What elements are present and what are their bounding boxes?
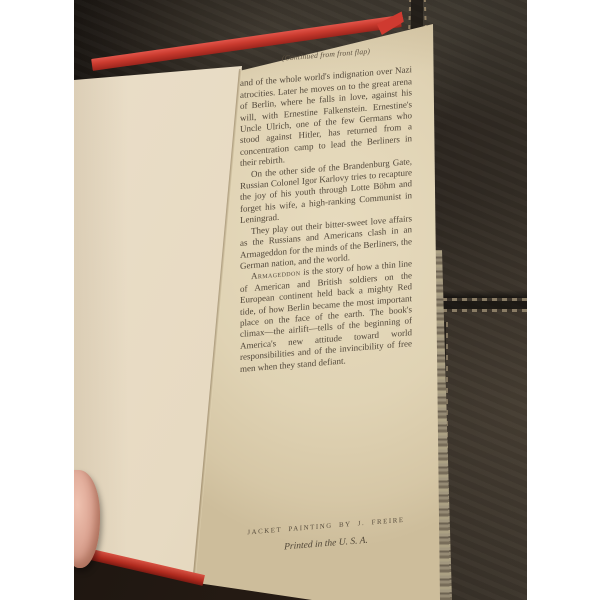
seam-groove	[442, 301, 527, 309]
flap-footer: JACKET PAINTING BY J. FREIRE Printed in …	[240, 514, 412, 558]
flap-paragraph: and of the whole world's indignation ove…	[240, 65, 412, 170]
photograph: (Continued from front flap) and of the w…	[74, 0, 527, 600]
stitch-line	[442, 309, 527, 312]
flap-paragraph: Armageddon is the story of how a thin li…	[240, 258, 412, 374]
seam-shadow	[442, 290, 527, 298]
couch-stitch-seam-right	[442, 290, 527, 326]
flap-text-block: (Continued from front flap) and of the w…	[240, 42, 412, 592]
photo-of-book-jacket-flap: (Continued from front flap) and of the w…	[0, 0, 600, 600]
